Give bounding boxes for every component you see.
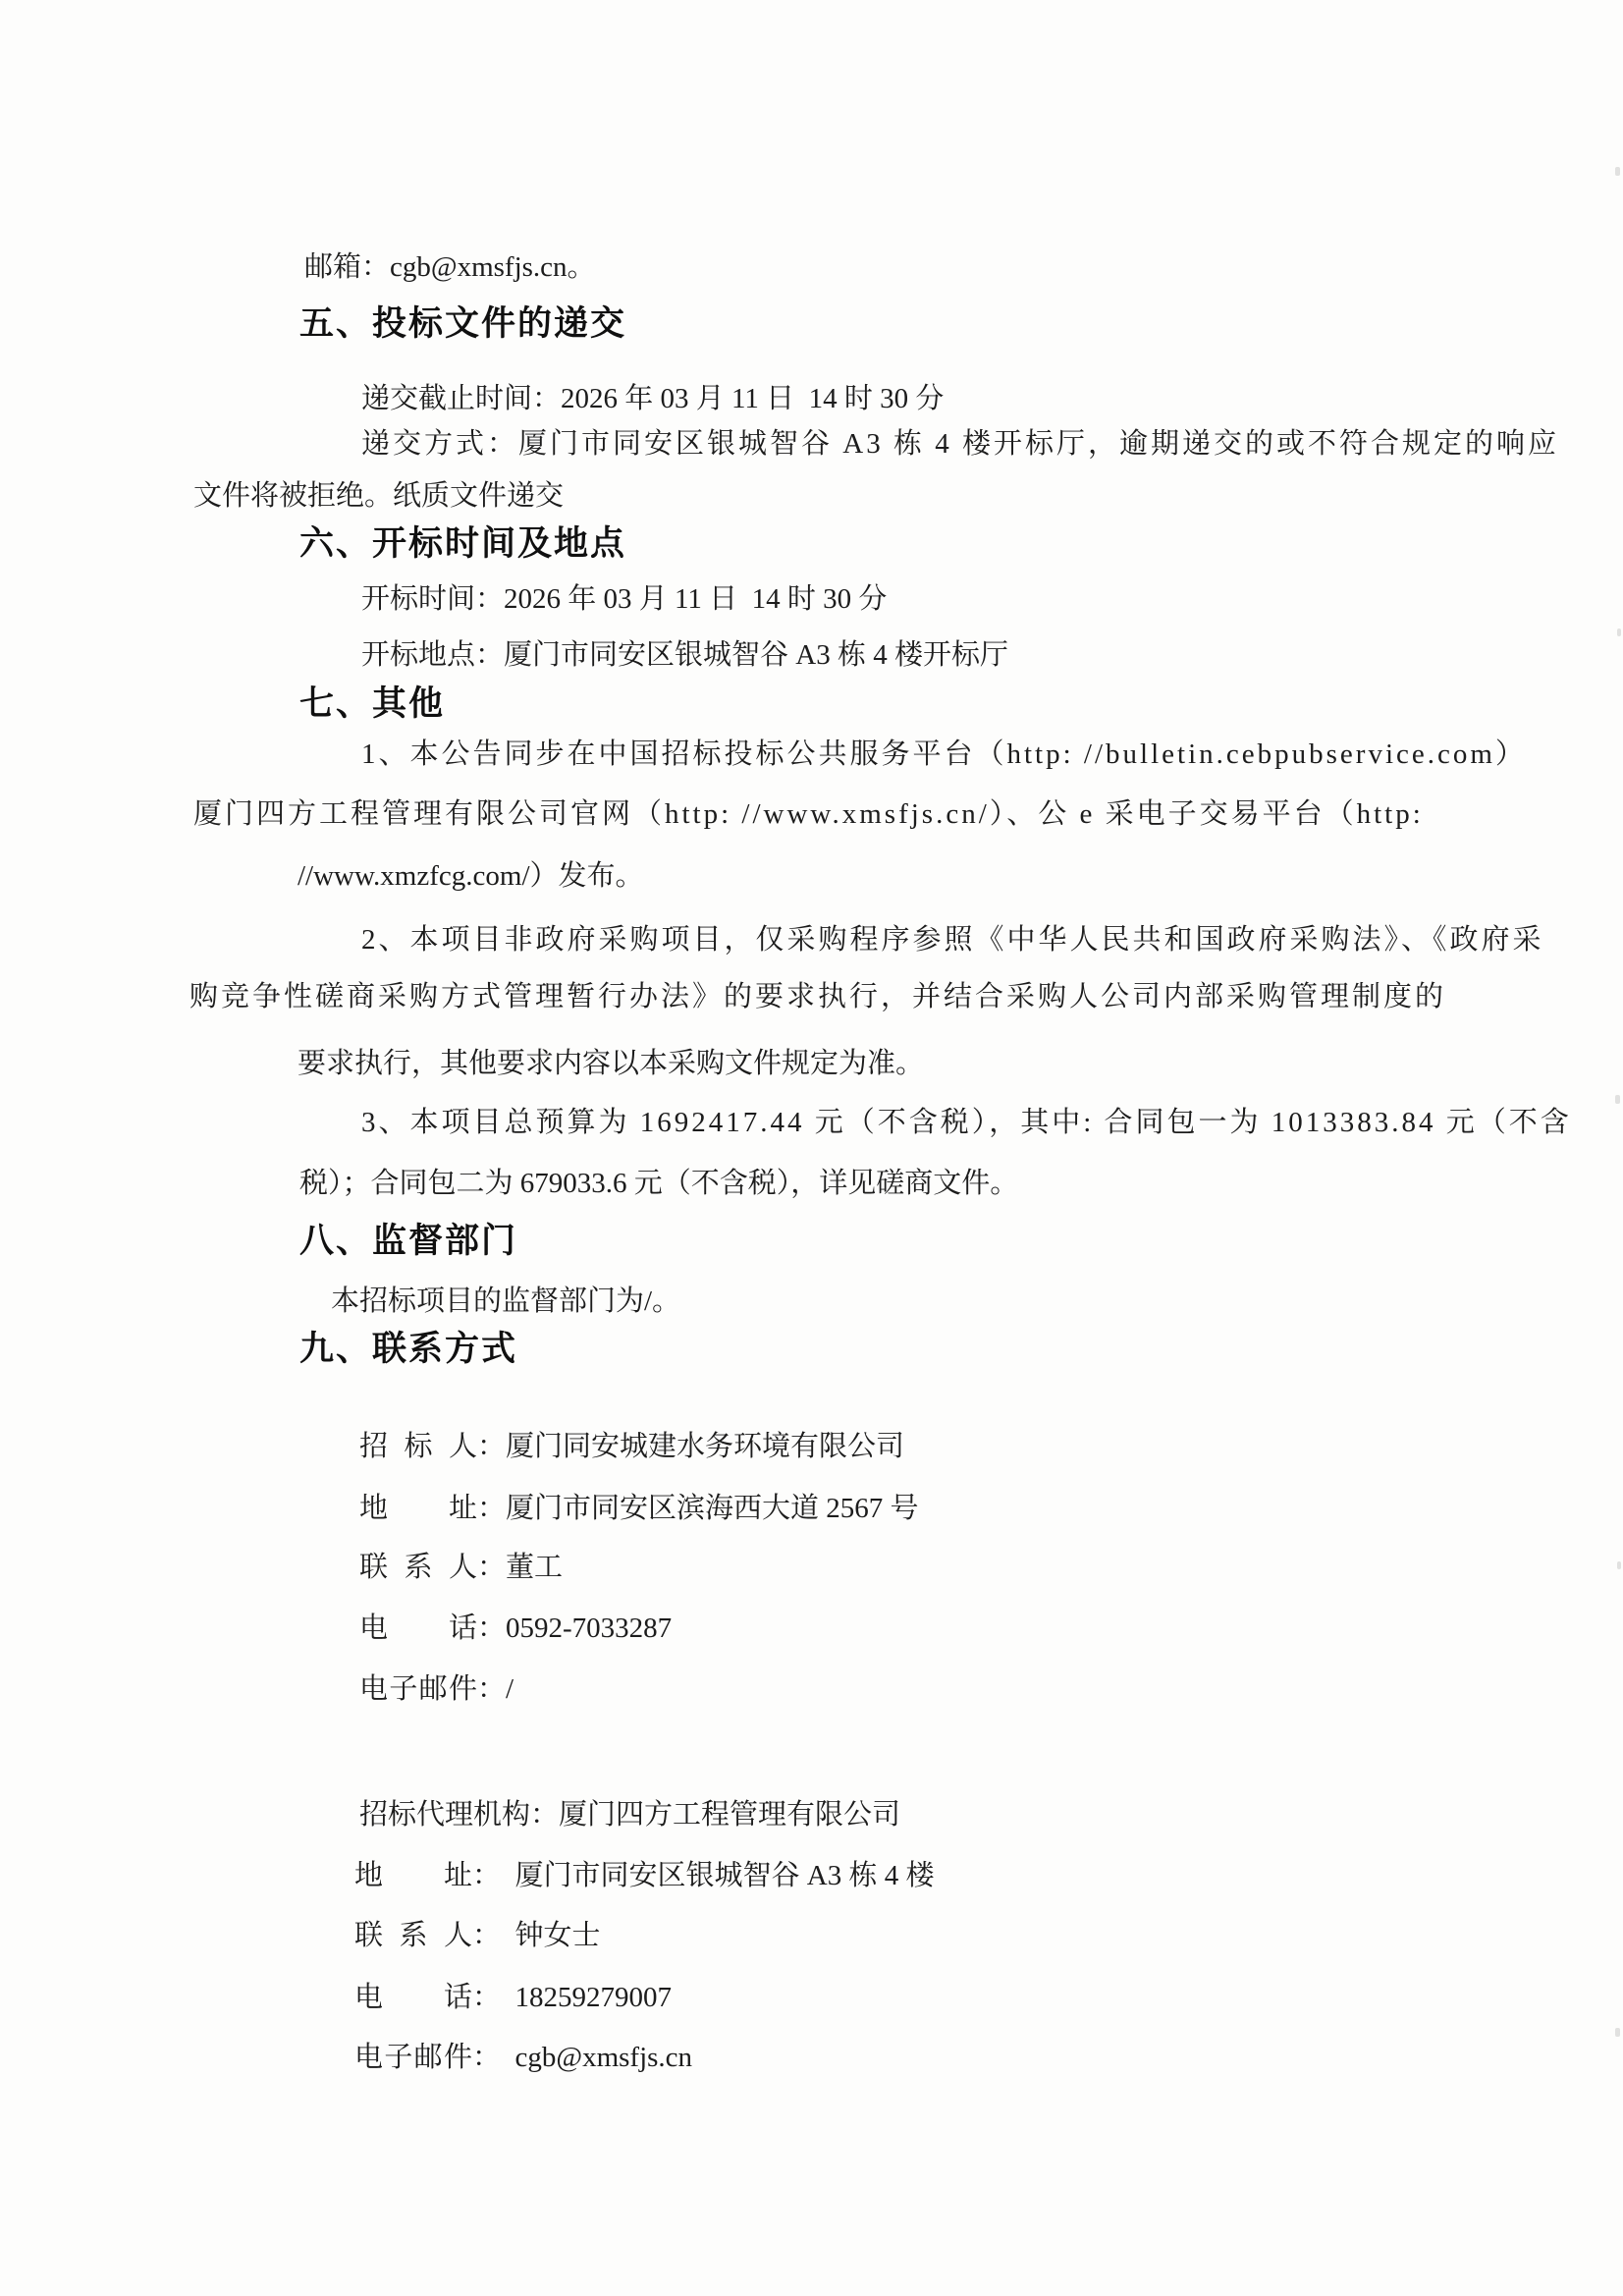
supervision-line: 本招标项目的监督部门为/。	[331, 1285, 680, 1318]
colon: ：	[472, 1920, 487, 1951]
tenderer-contact-value: 董工	[506, 1552, 563, 1583]
colon: ：	[477, 1552, 506, 1583]
tenderer-email-value: /	[506, 1673, 514, 1705]
agency-name-label: 招标代理机构	[359, 1799, 530, 1831]
colon: ：	[477, 1431, 506, 1462]
agency-contact-value: 钟女士	[487, 1920, 601, 1951]
scan-artifact	[1617, 629, 1621, 636]
colon: ：	[477, 1613, 506, 1644]
scan-artifact	[1615, 167, 1620, 176]
procurement-law-line-3: 要求执行，其他要求内容以本采购文件规定为准。	[298, 1048, 924, 1080]
procurement-law-line-1: 2、本项目非政府采购项目，仅采购程序参照《中华人民共和国政府采购法》、《政府采	[361, 924, 1544, 957]
agency-email-label: 电子邮件	[354, 2042, 472, 2074]
agency-email-row: 电子邮件： cgb@xmsfjs.cn	[326, 2009, 692, 2107]
colon: ：	[472, 2042, 487, 2073]
scan-artifact	[1615, 1095, 1620, 1104]
scan-artifact	[1617, 1561, 1621, 1569]
section-6-heading: 六、开标时间及地点	[299, 524, 626, 564]
document-page: 邮箱：cgb@xmsfjs.cn。 五、投标文件的递交 递交截止时间：2026 …	[0, 0, 1623, 2296]
announcement-platforms-line-3: //www.xmzfcg.com/）发布。	[298, 860, 644, 893]
section-8-heading: 八、监督部门	[299, 1222, 517, 1261]
colon: ：	[477, 1673, 506, 1705]
tenderer-name-value: 厦门同安城建水务环境有限公司	[506, 1431, 904, 1462]
deadline-line: 递交截止时间：2026 年 03 月 11 日 14 时 30 分	[361, 383, 944, 415]
tenderer-email-label: 电子邮件	[359, 1673, 477, 1706]
section-9-heading: 九、联系方式	[299, 1330, 517, 1369]
opening-time-line: 开标时间：2026 年 03 月 11 日 14 时 30 分	[361, 583, 887, 616]
budget-line-1: 3、本项目总预算为 1692417.44 元（不含税），其中: 合同包一为 10…	[361, 1107, 1572, 1139]
tenderer-phone-value: 0592-7033287	[506, 1613, 672, 1644]
opening-place-line: 开标地点：厦门市同安区银城智谷 A3 栋 4 楼开标厅	[361, 639, 1008, 672]
delivery-method-line-2: 文件将被拒绝。纸质文件递交	[193, 480, 564, 513]
tenderer-name-label: 招标人	[359, 1431, 477, 1463]
agency-name-value: 厦门四方工程管理有限公司	[559, 1799, 900, 1831]
budget-line-2: 税）；合同包二为 679033.6 元（不含税），详见磋商文件。	[299, 1168, 1018, 1200]
tenderer-email-row: 电子邮件：/	[331, 1641, 514, 1739]
colon: ：	[530, 1799, 559, 1831]
section-5-heading: 五、投标文件的递交	[299, 304, 626, 344]
announcement-platforms-line-2: 厦门四方工程管理有限公司官网（http: //www.xmsfjs.cn/）、公…	[193, 798, 1424, 831]
agency-contact-label: 联系人	[354, 1920, 472, 1952]
tenderer-address-value: 厦门市同安区滨海西大道 2567 号	[506, 1493, 919, 1524]
delivery-method-line: 递交方式：厦门市同安区银城智谷 A3 栋 4 楼开标厅，逾期递交的或不符合规定的…	[361, 428, 1559, 461]
section-7-heading: 七、其他	[299, 684, 445, 724]
email-carryover-line: 邮箱：cgb@xmsfjs.cn。	[304, 251, 596, 284]
announcement-platforms-line-1: 1、本公告同步在中国招标投标公共服务平台（http: //bulletin.ce…	[361, 738, 1527, 771]
agency-email-value: cgb@xmsfjs.cn	[487, 2042, 693, 2073]
procurement-law-line-2: 购竞争性磋商采购方式管理暂行办法》的要求执行，并结合采购人公司内部采购管理制度的	[189, 981, 1446, 1013]
scan-artifact	[1615, 2028, 1620, 2037]
